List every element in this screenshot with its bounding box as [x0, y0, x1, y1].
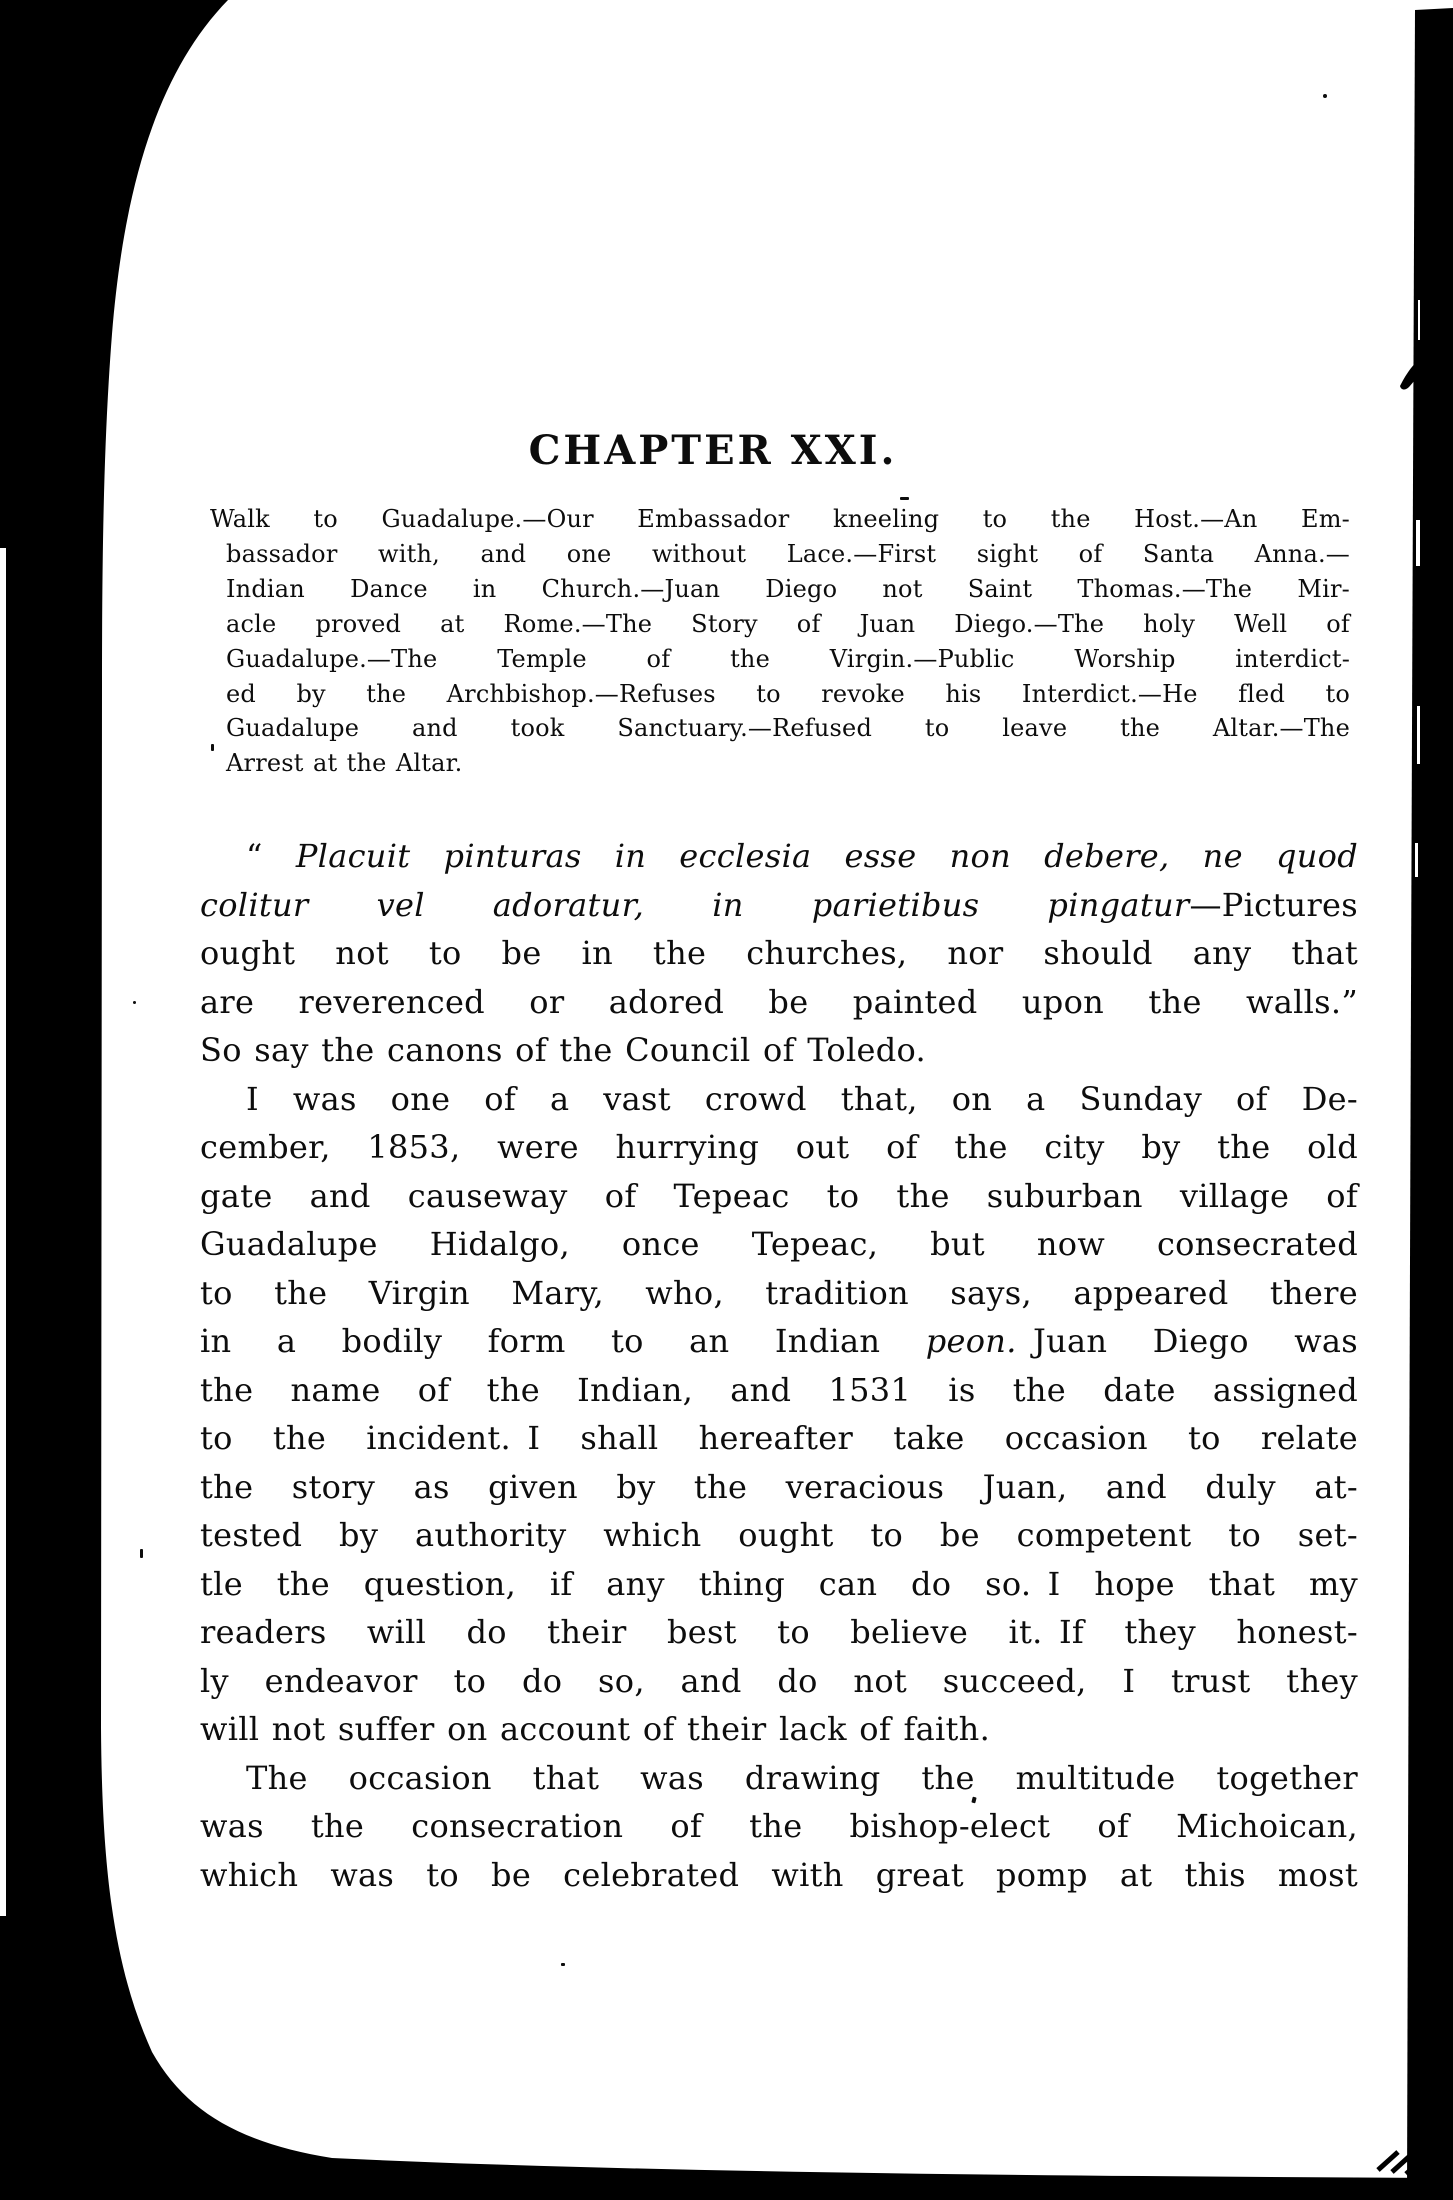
- body-line: to the Virgin Mary, who, tradition says,…: [200, 1269, 1358, 1318]
- body-line: Guadalupe Hidalgo, once Tepeac, but now …: [200, 1220, 1358, 1269]
- text-segment: will not suffer on account of their lack…: [200, 1710, 990, 1748]
- body-line: the name of the Indian, and 1531 is the …: [200, 1366, 1358, 1415]
- body-line: are reverenced or adored be painted upon…: [200, 978, 1358, 1027]
- chapter-summary: Walk to Guadalupe.—Our Embassador kneeli…: [210, 502, 1350, 781]
- body-line: in a bodily form to an Indian peon. Juan…: [200, 1317, 1358, 1366]
- text-segment: “: [246, 837, 296, 875]
- summary-line: Guadalupe.—The Temple of the Virgin.—Pub…: [210, 642, 1350, 677]
- summary-line: Indian Dance in Church.—Juan Diego not S…: [210, 572, 1350, 607]
- scan-speck: [133, 1001, 136, 1004]
- chapter-heading: CHAPTER XXI.: [134, 428, 1292, 474]
- text-segment: cember, 1853, were hurrying out of the c…: [200, 1128, 1358, 1166]
- text-segment: to the Virgin Mary, who, tradition says,…: [200, 1274, 1358, 1312]
- scan-edge-right: [1407, 8, 1453, 2200]
- scan-edge-white-slit: [1418, 300, 1420, 340]
- scan-edge-white-slit: [1416, 520, 1420, 566]
- book-page-scan: CHAPTER XXI. Walk to Guadalupe.—Our Emba…: [0, 0, 1453, 2200]
- text-segment: tle the question, if any thing can do so…: [200, 1565, 1358, 1603]
- text-segment: I was one of a vast crowd that, on a Sun…: [246, 1080, 1358, 1118]
- body-line: cember, 1853, were hurrying out of the c…: [200, 1123, 1358, 1172]
- summary-line: acle proved at Rome.—The Story of Juan D…: [210, 607, 1350, 642]
- text-segment: The occasion that was drawing the multit…: [246, 1759, 1358, 1797]
- body-line: which was to be celebrated with great po…: [200, 1851, 1358, 1900]
- body-line: So say the canons of the Council of Tole…: [200, 1026, 1358, 1075]
- text-segment: So say the canons of the Council of Tole…: [200, 1031, 926, 1069]
- text-segment: which was to be celebrated with great po…: [200, 1856, 1358, 1894]
- body-line: tested by authority which ought to be co…: [200, 1511, 1358, 1560]
- text-segment: the story as given by the veracious Juan…: [200, 1468, 1358, 1506]
- body-line: tle the question, if any thing can do so…: [200, 1560, 1358, 1609]
- body-line: was the consecration of the bishop-elect…: [200, 1802, 1358, 1851]
- summary-line: Guadalupe and took Sanctuary.—Refused to…: [210, 711, 1350, 746]
- italic-text-segment: colitur vel adoratur, in parietibus ping…: [200, 886, 1189, 924]
- summary-line: bassador with, and one without Lace.—Fir…: [210, 537, 1350, 572]
- italic-text-segment: Placuit pinturas in ecclesia esse non de…: [296, 837, 1358, 875]
- italic-text-segment: peon.: [926, 1322, 1017, 1360]
- scan-speck: [900, 497, 909, 500]
- body-line: colitur vel adoratur, in parietibus ping…: [200, 881, 1358, 930]
- body-line: The occasion that was drawing the multit…: [200, 1754, 1358, 1803]
- text-segment: are reverenced or adored be painted upon…: [200, 983, 1358, 1021]
- body-line: will not suffer on account of their lack…: [200, 1705, 1358, 1754]
- text-segment: gate and causeway of Tepeac to the subur…: [200, 1177, 1358, 1215]
- body-line: to the incident. I shall hereafter take …: [200, 1414, 1358, 1463]
- scan-speck: [211, 744, 214, 751]
- body-line: readers will do their best to believe it…: [200, 1608, 1358, 1657]
- scan-scribble-marks: [1378, 2152, 1424, 2174]
- text-segment: Guadalupe Hidalgo, once Tepeac, but now …: [200, 1225, 1358, 1263]
- summary-line: Walk to Guadalupe.—Our Embassador kneeli…: [210, 502, 1350, 537]
- text-segment: Juan Diego was: [1017, 1322, 1358, 1360]
- body-line: I was one of a vast crowd that, on a Sun…: [200, 1075, 1358, 1124]
- text-segment: the name of the Indian, and 1531 is the …: [200, 1371, 1358, 1409]
- scan-edge-white-sliver: [0, 548, 6, 1916]
- summary-line: Arrest at the Altar.: [210, 746, 1350, 781]
- text-segment: tested by authority which ought to be co…: [200, 1516, 1358, 1554]
- scan-speck: [140, 1549, 143, 1558]
- scan-edge-white-slit: [1415, 843, 1418, 877]
- text-segment: —Pictures: [1189, 886, 1358, 924]
- text-segment: readers will do their best to believe it…: [200, 1613, 1358, 1651]
- body-line: the story as given by the veracious Juan…: [200, 1463, 1358, 1512]
- body-line: ought not to be in the churches, nor sho…: [200, 929, 1358, 978]
- scan-hook-mark: [1400, 352, 1431, 390]
- body-line: ly endeavor to do so, and do not succeed…: [200, 1657, 1358, 1706]
- text-segment: ought not to be in the churches, nor sho…: [200, 934, 1358, 972]
- body-text: “ Placuit pinturas in ecclesia esse non …: [200, 832, 1358, 1899]
- text-segment: in a bodily form to an Indian: [200, 1322, 926, 1360]
- text-segment: to the incident. I shall hereafter take …: [200, 1419, 1358, 1457]
- scan-speck: [561, 1963, 565, 1966]
- summary-line: ed by the Archbishop.—Refuses to revoke …: [210, 677, 1350, 712]
- body-line: “ Placuit pinturas in ecclesia esse non …: [200, 832, 1358, 881]
- text-segment: ly endeavor to do so, and do not succeed…: [200, 1662, 1358, 1700]
- body-line: gate and causeway of Tepeac to the subur…: [200, 1172, 1358, 1221]
- scan-speck: [1323, 94, 1327, 98]
- text-segment: was the consecration of the bishop-elect…: [200, 1807, 1358, 1845]
- scan-edge-white-slit: [1417, 706, 1420, 764]
